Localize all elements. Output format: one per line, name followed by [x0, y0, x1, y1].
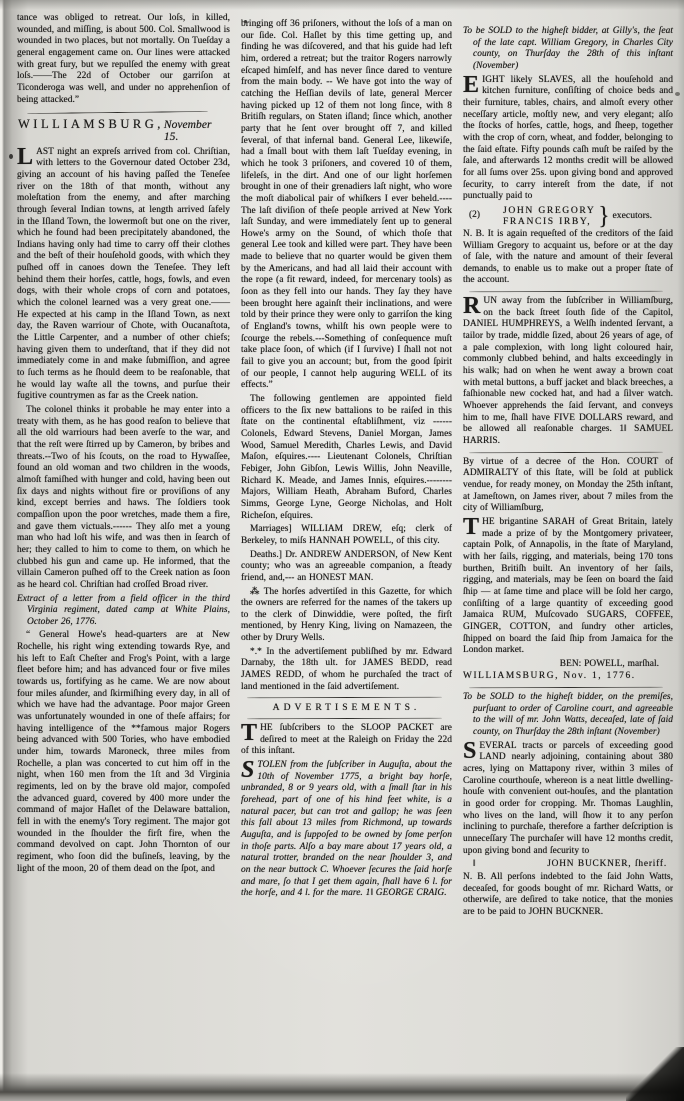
- letter-continuation-paragraph: bringing off 36 priſoners, without the l…: [241, 19, 452, 392]
- news-continuation-paragraph: tance was obliged to retreat. Our loſs, …: [17, 13, 230, 106]
- signature-names: JOHN GREGORYFRANCIS IRBY,: [503, 205, 595, 227]
- scan-shadow-corner: [626, 1047, 684, 1101]
- drop-capital: R: [463, 296, 483, 316]
- paragraph-text: Deaths.] Dr. ANDREW ANDERSON, of New Ken…: [241, 550, 452, 583]
- section-rule: [469, 451, 663, 453]
- drop-capital: T: [241, 723, 260, 743]
- scan-speck: [244, 20, 247, 23]
- signature-john-buckner: ‖JOHN BUCKNER, ſheriff.: [463, 859, 673, 871]
- paragraph-text: TOLEN from the ſubſcriber in Auguſta, ab…: [241, 760, 452, 898]
- paragraph-text: N. B. It is again requeſted of the credi…: [463, 229, 673, 286]
- paragraph-text: To be SOLD to the higheſt bidder, at Gil…: [463, 26, 673, 71]
- ad-watts-sale-intro: To be SOLD to the higheſt bidder, on the…: [463, 692, 673, 739]
- advertisements-label: ADVERTISEMENTS.: [241, 702, 452, 714]
- advertisement-correction-notice: *.* In the advertiſement publiſhed by mr…: [241, 647, 452, 694]
- advertisements-header: ADVERTISEMENTS.: [241, 697, 452, 719]
- paragraph-text: The colonel thinks it probable he may en…: [17, 405, 230, 590]
- section-rule: [469, 291, 663, 293]
- signature-ben-powell: BEN: POWELL, marſhal.: [463, 659, 673, 671]
- scan-speck: [9, 154, 13, 159]
- paragraph-text: EVERAL tracts or parcels of exceeding go…: [463, 741, 673, 856]
- signature-role: executors.: [612, 210, 652, 222]
- dateline-williamsburg: WILLIAMSBURG,November 15.: [18, 119, 229, 143]
- column-1: tance was obliged to retreat. Our loſs, …: [17, 0, 230, 877]
- paragraph-text: HE brigantine SARAH of Great Britain, la…: [463, 517, 673, 655]
- dateline-nov-1: WILLIAMSBURG, Nov. 1, 1776.: [463, 671, 673, 683]
- paragraph-text: ⁂ The horſes advertiſed in this Gazette,…: [241, 587, 452, 644]
- section-rule: [247, 718, 442, 720]
- column-2: bringing off 36 priſoners, without the l…: [241, 0, 452, 902]
- drop-capital: T: [463, 517, 482, 537]
- brace-glyph: }: [595, 209, 612, 222]
- marriages-notice: Marriages] WILLIAM DREW, eſq; clerk of B…: [241, 524, 452, 547]
- paragraph-text: The following gentlemen are appointed fi…: [241, 394, 452, 521]
- ad-sloop-packet: THE ſubſcribers to the SLOOP PACKET are …: [241, 723, 452, 758]
- paragraph-text: tance was obliged to retreat. Our loſs, …: [17, 13, 230, 105]
- ad-gregory-sale-body: EIGHT likely SLAVES, all the houſehold a…: [463, 75, 673, 203]
- horses-advertised-notice: ⁂ The horſes advertiſed in this Gazette,…: [241, 587, 452, 645]
- paragraph-text: Marriages] WILLIAM DREW, eſq; clerk of B…: [241, 524, 452, 546]
- column-3: To be SOLD to the higheſt bidder, at Gil…: [463, 0, 673, 921]
- gregory-executors-signature: (2)JOHN GREGORYFRANCIS IRBY,}executors.: [463, 205, 673, 227]
- ad-brigantine-sarah: THE brigantine SARAH of Great Britain, l…: [463, 517, 673, 657]
- section-rule: [27, 111, 208, 114]
- dateline-city: WILLIAMSBURG,: [18, 119, 164, 131]
- drop-capital: E: [463, 75, 482, 95]
- paragraph-text: *.* In the advertiſement publiſhed by mr…: [241, 647, 452, 692]
- gregory-sale-nb: N. B. It is again requeſted of the credi…: [463, 229, 673, 287]
- ad-runaway-servant: RUN away from the ſubſcriber in Williamſ…: [463, 296, 673, 448]
- scan-speck: [675, 92, 680, 96]
- news-colonel-treaty-paragraph: The colonel thinks it probable he may en…: [17, 405, 230, 592]
- section-rule: [247, 697, 442, 699]
- paragraph-text: AST night an expreſs arrived from col. C…: [17, 147, 230, 402]
- signature-name: JOHN BUCKNER, ſheriff.: [547, 859, 673, 871]
- newspaper-page: tance was obliged to retreat. Our loſs, …: [0, 0, 684, 1101]
- scan-shadow-bottom: [0, 1073, 684, 1101]
- paragraph-text: “ General Howe's head-quarters are at Ne…: [17, 630, 230, 873]
- news-express-from-col-christian: LAST night an expreſs arrived from col. …: [17, 147, 230, 403]
- paragraph-text: To be SOLD to the higheſt bidder, on the…: [463, 692, 673, 737]
- signature-marker: ‖: [463, 859, 476, 871]
- ad-watts-land-body: SEVERAL tracts or parcels of exceeding g…: [463, 741, 673, 858]
- deaths-notice: Deaths.] Dr. ANDREW ANDERSON, of New Ken…: [241, 550, 452, 585]
- ad-stolen-horse: STOLEN from the ſubſcriber in Auguſta, a…: [241, 760, 452, 900]
- ad-gregory-sale-intro: To be SOLD to the higheſt bidder, at Gil…: [463, 26, 673, 73]
- letter-extract-body: “ General Howe's head-quarters are at Ne…: [17, 630, 230, 875]
- paragraph-text: By virtue of a decree of the Hon. COURT …: [463, 457, 673, 514]
- field-officers-appointments: The following gentlemen are appointed fi…: [241, 394, 452, 522]
- drop-capital: S: [241, 760, 257, 780]
- drop-capital: S: [463, 741, 479, 761]
- paragraph-text: IGHT likely SLAVES, all the houſehold an…: [463, 75, 673, 202]
- paragraph-text: HE ſubſcribers to the SLOOP PACKET are d…: [241, 723, 452, 756]
- dateline-date: November 15.: [164, 120, 229, 143]
- drop-capital: L: [17, 147, 36, 167]
- signature-name: JOHN GREGORY: [503, 205, 595, 216]
- watts-sale-nb: N. B. All perſons indebted to the ſaid J…: [463, 872, 673, 919]
- paragraph-text: bringing off 36 priſoners, without the l…: [241, 19, 452, 390]
- letter-extract-heading: Extract of a letter from a field officer…: [17, 594, 230, 629]
- section-rule: [469, 687, 663, 689]
- paragraph-text: Extract of a letter from a field officer…: [17, 594, 230, 627]
- signature-marker: (2): [463, 210, 503, 222]
- paragraph-text: UN away from the ſubſcriber in Williamſb…: [463, 296, 673, 446]
- paragraph-text: N. B. All perſons indebted to the ſaid J…: [463, 872, 673, 917]
- admiralty-sale-intro: By virtue of a decree of the Hon. COURT …: [463, 457, 673, 515]
- signature-name: FRANCIS IRBY,: [503, 216, 595, 227]
